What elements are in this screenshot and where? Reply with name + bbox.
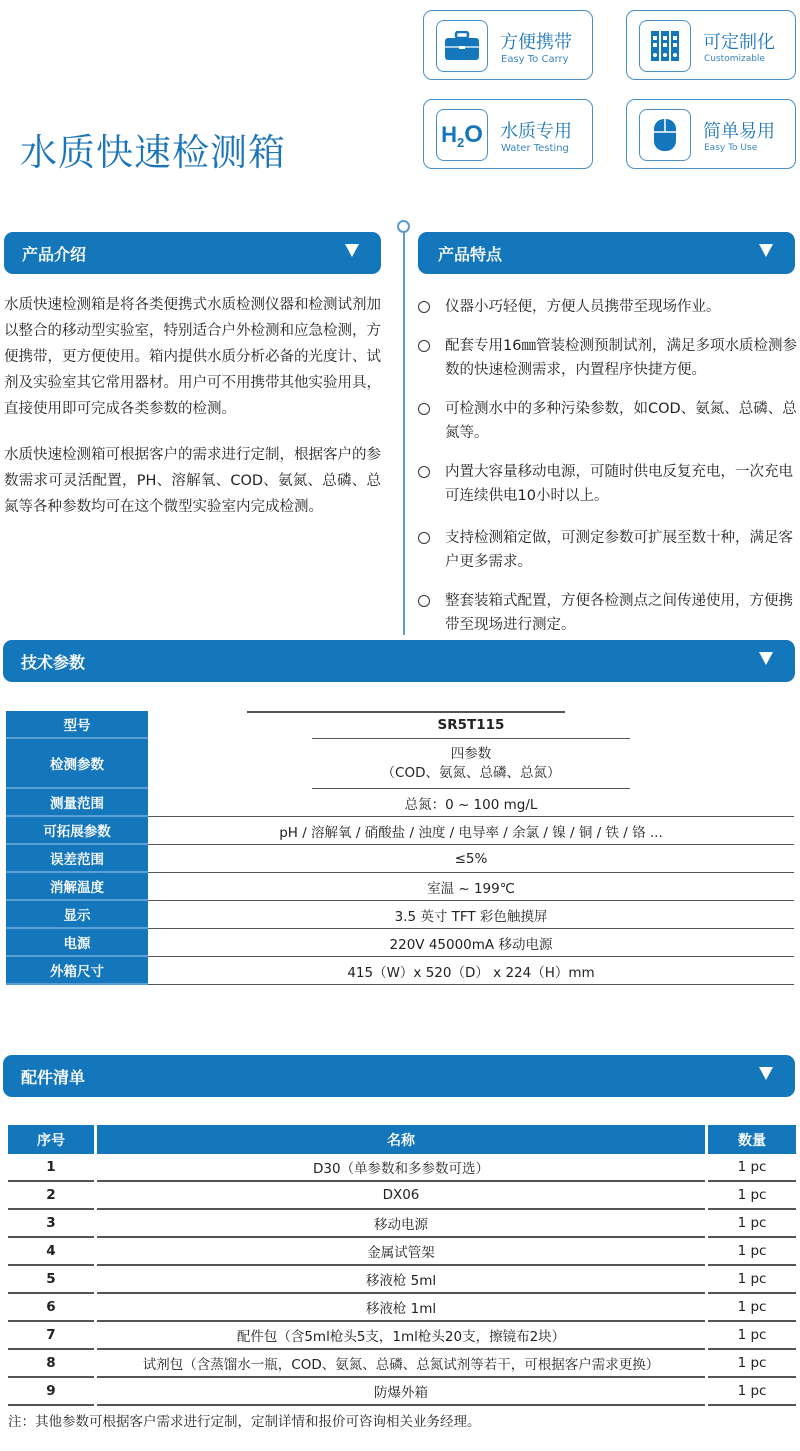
spec-value: 415（W）x 520（D） x 224（H）mm: [148, 957, 794, 985]
badge-water-testing: H2O 水质专用 Water Testing: [423, 99, 593, 169]
badge-subtitle: Water Testing: [501, 143, 569, 154]
spec-value: pH / 溶解氧 / 硝酸盐 / 浊度 / 电导率 / 余氯 / 镍 / 铜 /…: [148, 817, 794, 845]
row-qty: 1 pc: [708, 1238, 796, 1266]
spec-label: 显示: [6, 901, 148, 929]
table-row: 1D30（单参数和多参数可选）1 pc: [8, 1154, 796, 1182]
dropdown-arrow-icon[interactable]: [759, 244, 773, 257]
feature-item: 内置大容量移动电源，可随时供电反复充电，一次充电可连续供电10小时以上。: [400, 460, 800, 508]
row-no: 2: [8, 1182, 94, 1210]
badge-subtitle: Easy To Carry: [501, 54, 569, 65]
h2o-2: 2: [457, 135, 464, 150]
row-name: DX06: [97, 1182, 705, 1210]
spec-value: 3.5 英寸 TFT 彩色触摸屏: [148, 901, 794, 929]
spec-value: 总氮：0 ~ 100 mg/L: [148, 789, 794, 817]
table-row: 5移液枪 5ml1 pc: [8, 1266, 796, 1294]
section-title: 产品介绍: [22, 242, 86, 265]
row-no: 6: [8, 1294, 94, 1322]
spec-row: 可拓展参数pH / 溶解氧 / 硝酸盐 / 浊度 / 电导率 / 余氯 / 镍 …: [6, 817, 794, 845]
spec-row: 测量范围总氮：0 ~ 100 mg/L: [6, 789, 794, 817]
feature-item: 支持检测箱定做，可测定参数可扩展至数十种，满足客户更多需求。: [400, 526, 800, 574]
badge-title: 水质专用: [500, 117, 572, 143]
spec-row: 电源220V 45000mA 移动电源: [6, 929, 794, 957]
row-no: 7: [8, 1322, 94, 1350]
spec-label: 误差范围: [6, 845, 148, 873]
page-title: 水质快速检测箱: [20, 122, 286, 176]
h2o-h: H: [441, 122, 457, 148]
row-name: 配件包（含5ml枪头5支，1ml枪头20支，擦镜布2块）: [97, 1322, 705, 1350]
table-row: 7配件包（含5ml枪头5支，1ml枪头20支，擦镜布2块）1 pc: [8, 1322, 796, 1350]
h2o-icon: H2O: [436, 109, 488, 161]
intro-paragraph: 水质快速检测箱可根据客户的需求进行定制，根据客户的参数需求可灵活配置，PH、溶解…: [4, 442, 381, 520]
feature-text: 配套专用16㎜管装检测预制试剂，满足多项水质检测参数的快速检测需求，内置程序快捷…: [445, 338, 797, 378]
row-name: 移动电源: [97, 1210, 705, 1238]
table-row: 3移动电源1 pc: [8, 1210, 796, 1238]
spec-label: 型号: [6, 711, 148, 739]
badge-subtitle: Customizable: [704, 54, 765, 64]
circle-bullet-icon: [418, 595, 430, 607]
h2o-o: O: [464, 121, 483, 149]
briefcase-icon: [436, 20, 488, 72]
spec-row: 型号SR5T115: [6, 711, 794, 739]
binders-icon: [639, 20, 691, 72]
row-qty: 1 pc: [708, 1266, 796, 1294]
badge-title: 可定制化: [703, 28, 775, 54]
section-title: 配件清单: [21, 1065, 85, 1088]
row-no: 8: [8, 1350, 94, 1378]
column-header-qty: 数量: [708, 1125, 796, 1154]
row-no: 1: [8, 1154, 94, 1182]
badge-easy-to-use: 简单易用 Easy To Use: [626, 99, 796, 169]
badge-easy-to-carry: 方便携带 Easy To Carry: [423, 10, 593, 80]
spec-label: 外箱尺寸: [6, 957, 148, 985]
row-qty: 1 pc: [708, 1322, 796, 1350]
row-name: 防爆外箱: [97, 1378, 705, 1406]
spec-label: 测量范围: [6, 789, 148, 817]
table-row: 6移液枪 1ml1 pc: [8, 1294, 796, 1322]
table-row: 4金属试管架1 pc: [8, 1238, 796, 1266]
row-qty: 1 pc: [708, 1378, 796, 1406]
badge-subtitle: Easy To Use: [704, 143, 757, 153]
features-list: 仪器小巧轻便，方便人员携带至现场作业。 配套专用16㎜管装检测预制试剂，满足多项…: [400, 295, 800, 652]
row-name: 金属试管架: [97, 1238, 705, 1266]
circle-bullet-icon: [418, 403, 430, 415]
spec-value-model: SR5T115: [312, 712, 630, 739]
row-name: D30（单参数和多参数可选）: [97, 1154, 705, 1182]
intro-text: 水质快速检测箱是将各类便携式水质检测仪器和检测试剂加以整合的移动型实验室，特别适…: [4, 292, 381, 540]
table-row: 9防爆外箱1 pc: [8, 1378, 796, 1406]
dropdown-arrow-icon[interactable]: [759, 1067, 773, 1080]
spec-value: 室温 ~ 199℃: [148, 873, 794, 901]
circle-bullet-icon: [418, 340, 430, 352]
section-header-features[interactable]: 产品特点: [418, 232, 795, 274]
accessories-header-row: 序号 名称 数量: [8, 1125, 796, 1154]
spec-value: 220V 45000mA 移动电源: [148, 929, 794, 957]
spec-label: 电源: [6, 929, 148, 957]
feature-item: 配套专用16㎜管装检测预制试剂，满足多项水质检测参数的快速检测需求，内置程序快捷…: [400, 334, 800, 382]
row-no: 3: [8, 1210, 94, 1238]
circle-bullet-icon: [418, 532, 430, 544]
dropdown-arrow-icon[interactable]: [759, 652, 773, 665]
badge-customizable: 可定制化 Customizable: [626, 10, 796, 80]
row-name: 移液枪 1ml: [97, 1294, 705, 1322]
feature-text: 仪器小巧轻便，方便人员携带至现场作业。: [445, 299, 721, 315]
mouse-icon: [639, 109, 691, 161]
row-no: 4: [8, 1238, 94, 1266]
spec-value-line: （COD、氨氮、总磷、总氮）: [382, 764, 561, 783]
feature-text: 支持检测箱定做，可测定参数可扩展至数十种，满足客户更多需求。: [445, 530, 793, 570]
accessories-table: 序号 名称 数量 1D30（单参数和多参数可选）1 pc 2DX061 pc 3…: [8, 1125, 796, 1406]
spec-label: 可拓展参数: [6, 817, 148, 845]
badge-title: 方便携带: [500, 28, 572, 54]
spec-row: 检测参数四参数（COD、氨氮、总磷、总氮）: [6, 739, 794, 789]
row-qty: 1 pc: [708, 1350, 796, 1378]
section-title: 技术参数: [21, 650, 85, 673]
feature-item: 整套装箱式配置，方便各检测点之间传递使用，方便携带至现场进行测定。: [400, 589, 800, 637]
spec-value-line: 四参数: [451, 745, 492, 764]
spec-label: 消解温度: [6, 873, 148, 901]
feature-item: 仪器小巧轻便，方便人员携带至现场作业。: [400, 295, 800, 319]
circle-bullet-icon: [418, 301, 430, 313]
timeline-dot: [397, 220, 410, 233]
row-name: 移液枪 5ml: [97, 1266, 705, 1294]
spec-table: 型号SR5T115 检测参数四参数（COD、氨氮、总磷、总氮） 测量范围总氮：0…: [6, 711, 794, 985]
feature-text: 内置大容量移动电源，可随时供电反复充电，一次充电可连续供电10小时以上。: [445, 464, 793, 504]
column-header-name: 名称: [97, 1125, 705, 1154]
section-header-intro[interactable]: 产品介绍: [4, 232, 381, 274]
row-qty: 1 pc: [708, 1210, 796, 1238]
table-row: 2DX061 pc: [8, 1182, 796, 1210]
badge-title: 简单易用: [703, 117, 775, 143]
table-row: 8试剂包（含蒸馏水一瓶，COD、氨氮、总磷、总氮试剂等若干，可根据客户需求更换）…: [8, 1350, 796, 1378]
row-qty: 1 pc: [708, 1182, 796, 1210]
spec-row: 显示3.5 英寸 TFT 彩色触摸屏: [6, 901, 794, 929]
intro-paragraph: 水质快速检测箱是将各类便携式水质检测仪器和检测试剂加以整合的移动型实验室，特别适…: [4, 292, 381, 422]
spec-row: 误差范围≤5%: [6, 845, 794, 873]
spec-label: 检测参数: [6, 739, 148, 789]
column-header-no: 序号: [8, 1125, 94, 1154]
row-qty: 1 pc: [708, 1294, 796, 1322]
dropdown-arrow-icon[interactable]: [345, 244, 359, 257]
feature-item: 可检测水中的多种污染参数，如COD、氨氮、总磷、总氮等。: [400, 397, 800, 445]
row-qty: 1 pc: [708, 1154, 796, 1182]
spec-value-params: 四参数（COD、氨氮、总磷、总氮）: [312, 739, 630, 789]
row-no: 9: [8, 1378, 94, 1406]
section-header-specs[interactable]: 技术参数: [3, 640, 795, 682]
row-no: 5: [8, 1266, 94, 1294]
spec-value: ≤5%: [148, 845, 794, 873]
spec-row: 外箱尺寸415（W）x 520（D） x 224（H）mm: [6, 957, 794, 985]
feature-text: 可检测水中的多种污染参数，如COD、氨氮、总磷、总氮等。: [445, 401, 797, 441]
section-header-accessories[interactable]: 配件清单: [3, 1055, 795, 1097]
spec-row: 消解温度室温 ~ 199℃: [6, 873, 794, 901]
circle-bullet-icon: [418, 466, 430, 478]
section-title: 产品特点: [436, 242, 502, 265]
row-name: 试剂包（含蒸馏水一瓶，COD、氨氮、总磷、总氮试剂等若干，可根据客户需求更换）: [97, 1350, 705, 1378]
footnote: 注：其他参数可根据客户需求进行定制，定制详情和报价可咨询相关业务经理。: [8, 1410, 481, 1430]
feature-text: 整套装箱式配置，方便各检测点之间传递使用，方便携带至现场进行测定。: [445, 593, 793, 633]
